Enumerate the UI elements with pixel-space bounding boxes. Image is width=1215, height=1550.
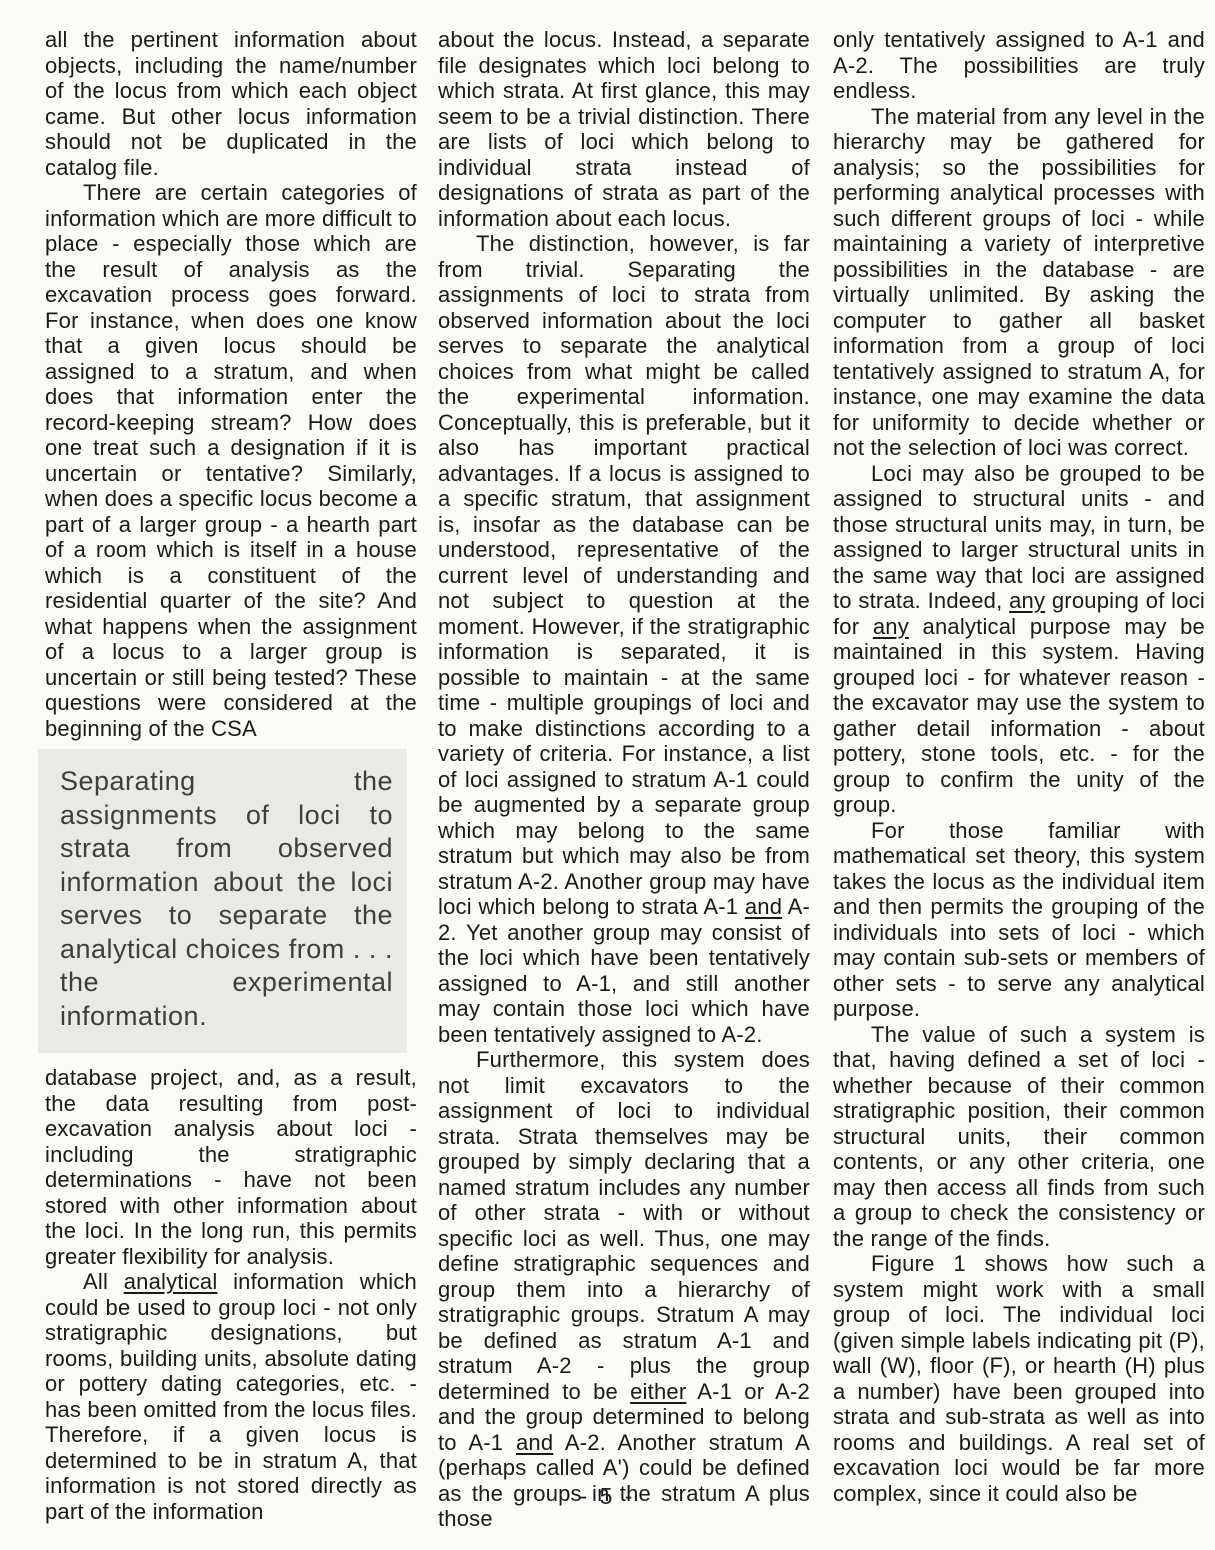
underlined-term: any (873, 614, 909, 639)
paragraph: Furthermore, this system does not limit … (438, 1047, 810, 1532)
text-run: Furthermore, this system does not limit … (438, 1047, 810, 1404)
paragraph: about the locus. Instead, a separate fil… (438, 27, 810, 231)
page-number: - 5 - (0, 1483, 1215, 1510)
paragraph: The distinction, however, is far from tr… (438, 231, 810, 1047)
pull-quote-text: Separating the assignments of loci to st… (60, 765, 393, 1033)
paragraph: The material from any level in the hiera… (833, 104, 1205, 461)
text-run: The value of such a system is that, havi… (833, 1022, 1205, 1251)
text-run: The distinction, however, is far from tr… (438, 231, 810, 919)
column-right: only tentatively assigned to A-1 and A-2… (833, 27, 1205, 1506)
underlined-term: and (516, 1430, 553, 1455)
underlined-term: either (630, 1379, 686, 1404)
text-run: Figure 1 shows how such a system might w… (833, 1251, 1205, 1506)
paragraph: There are certain categories of informat… (45, 180, 417, 741)
text-run: only tentatively assigned to A-1 and A-2… (833, 27, 1205, 103)
column-left: all the pertinent information about obje… (45, 27, 417, 1524)
text-run: all the pertinent information about obje… (45, 27, 417, 180)
underlined-term: analytical (124, 1269, 218, 1294)
paragraph: Loci may also be grouped to be assigned … (833, 461, 1205, 818)
paragraph: For those familiar with mathematical set… (833, 818, 1205, 1022)
document-page: all the pertinent information about obje… (0, 0, 1215, 1550)
paragraph: Figure 1 shows how such a system might w… (833, 1251, 1205, 1506)
underlined-term: any (1009, 588, 1045, 613)
paragraph: all the pertinent information about obje… (45, 27, 417, 180)
pull-quote: Separating the assignments of loci to st… (38, 749, 407, 1053)
text-run: Separating the assignments of loci to st… (60, 766, 393, 1031)
text-run: database project, and, as a result, the … (45, 1065, 417, 1269)
paragraph: database project, and, as a result, the … (45, 1065, 417, 1269)
paragraph: The value of such a system is that, havi… (833, 1022, 1205, 1252)
text-run: analytical purpose may be maintained in … (833, 614, 1205, 818)
text-run: All (83, 1269, 124, 1294)
text-run: There are certain categories of informat… (45, 180, 417, 741)
text-run: The material from any level in the hiera… (833, 104, 1205, 461)
paragraph: only tentatively assigned to A-1 and A-2… (833, 27, 1205, 104)
text-run: about the locus. Instead, a separate fil… (438, 27, 810, 231)
column-middle: about the locus. Instead, a separate fil… (438, 27, 810, 1532)
underlined-term: and (745, 894, 782, 919)
text-run: For those familiar with mathematical set… (833, 818, 1205, 1022)
